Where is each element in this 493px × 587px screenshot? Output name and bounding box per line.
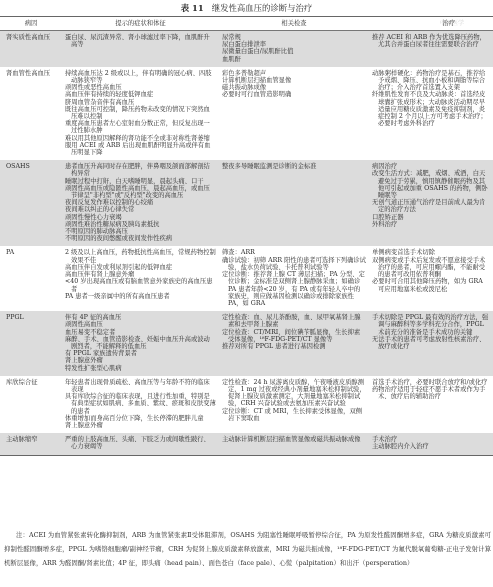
tests-item: 定性检查：24 h 尿游离皮质醇，午夜唾液皮质醇测定，1 mg 过夜或经典小剂量…	[222, 379, 366, 408]
column-header-cause: 病因	[0, 17, 62, 31]
tests-item: 整夜多导睡眠监测是诊断的金标准	[222, 163, 366, 170]
tests-item: 定性检查：血、尿儿茶酚胺，血、尿甲氧基肾上腺素和去甲肾上腺素	[222, 314, 366, 328]
column-header-tests: 相关检查	[219, 17, 369, 31]
tests-item: 尿微量白蛋白/尿肌酐比值	[222, 48, 366, 55]
symptoms-item: 夜间难以纠正的心律失常	[65, 206, 216, 213]
treatment-item: 纤维肌性发育不良及大动脉炎：首选经皮球囊扩张成形术；大动脉炎活动期尽早适量应用糖…	[372, 91, 490, 127]
cell-cause: PPGL	[0, 311, 62, 376]
symptoms-item: 重度高血压患者左心室射血分数正常，但反复出现一过性肺水肿	[65, 120, 216, 134]
tests-item: 定位检查：CT/MRI，间位碘苄胍显像，生长抑素受体显像，¹⁸F-FDG-PET…	[222, 329, 366, 343]
symptoms-item: 不明原因的夜间憋醒或夜间发作性疾病	[65, 235, 216, 242]
symptoms-item: 血压易变不稳定者	[65, 329, 216, 336]
cell-treatment: 手术切除是 PPGL 最有效的治疗方法，强调与麻醉科等多学科充分合作，PPGL …	[369, 311, 493, 376]
symptoms-item: 顽固性难治性糖尿病及胰岛素抵抗	[65, 221, 216, 228]
cell-treatment: 动脉粥样硬化：药物治疗是基石，推荐给予戒烟、降压、抗血小板和调脂等综合治疗；介入…	[369, 67, 493, 160]
table-row: OSAHS患者血压升高同时存在肥胖，伴鼻咽及颌面部解剖结构异常睡眠过程中打鼾，白…	[0, 160, 493, 246]
cell-tests: 主动脉计算机断层扫描血管显像或磁共振动脉成像	[219, 433, 369, 455]
table-number: 表 11	[181, 3, 204, 13]
cell-tests: 整夜多导睡眠监测是诊断的金标准	[219, 160, 369, 246]
tests-item: 筛查：ARR	[222, 249, 366, 256]
symptoms-item: 肾上腺意外瘤	[65, 357, 216, 364]
symptoms-item: 具有库欣综合征的临床表现，且进行性加重，特别是有典型症状如肌病、多血质、紫纹、瘀…	[65, 393, 216, 415]
tests-item: 推荐对所有 PPGL 患者进行基因检测	[222, 343, 366, 350]
tests-item: 定位诊断：推荐肾上腺 CT 薄层扫描；PA 分型、定位诊断；金标准是双侧肾上腺静…	[222, 271, 366, 307]
symptoms-item: 脐周血管杂音伴有高血压	[65, 99, 216, 106]
symptoms-item: 患者血压升高同时存在肥胖，伴鼻咽及颌面部解剖结构异常	[65, 163, 216, 177]
symptoms-item: 特发性扩张型心肌病	[65, 365, 216, 372]
treatment-item: 改变生活方式：减肥，戒烟、戒酒，白天避免过于劳累，慎用镇静催眠药物及其他可引起或…	[372, 170, 490, 199]
column-header-symptoms: 提示的症状和体征	[62, 17, 219, 31]
symptoms-item: 服用 ACEI 或 ARB 后出现血肌酐明显升高或伴有血压明显下降	[65, 142, 216, 156]
symptoms-item: <40 岁出现高血压或有脑血管意外家族史的高血压患者	[65, 278, 216, 292]
symptoms-item: 顽固性高血压	[65, 321, 216, 328]
cell-treatment: 推荐 ACEI 和 ARB 作为优选降压药物，尤其合并蛋白尿者往往需要联合治疗	[369, 31, 493, 67]
symptoms-item: 高血压伴自发或利尿剂引起的低钾血症	[65, 264, 216, 271]
cell-tests: 彩色多普勒超声计算机断层扫描血管显像磁共振动脉成像必要时可行血管造影明确	[219, 67, 369, 160]
table-header-row: 病因 提示的症状和体征 相关检查 治疗	[0, 17, 493, 31]
table-title: 表 11继发性高血压的诊断与治疗	[0, 2, 493, 14]
treatment-item: 手术切除是 PPGL 最有效的治疗方法，强调与麻醉科等多学科充分合作，PPGL …	[372, 314, 490, 336]
symptoms-item: 麻醉、手术、血管造影检查、妊娠中血压升高或波动剧烈者，不能解释的低血压	[65, 336, 216, 350]
symptoms-item: 蛋白尿、尿沉渣异常、肾小球滤过率下降，血肌酐升高等	[65, 34, 216, 48]
symptoms-item: 顽固性慢性心力衰竭	[65, 214, 216, 221]
cell-cause: 肾实质性高血压	[0, 31, 62, 67]
treatment-item: 主动脉腔内介入治疗	[372, 443, 490, 450]
cell-symptoms: 严重的上肢高血压、头痛、下肢乏力或间歇性跛行、心力衰竭等	[62, 433, 219, 455]
cell-symptoms: 2 级及以上高血压，药物抵抗性高血压，常规药物控制效果不佳高血压伴自发或利尿剂引…	[62, 246, 219, 311]
symptoms-item: PA 患者一级亲属中的所有高血压患者	[65, 293, 216, 300]
table-row: 肾实质性高血压蛋白尿、尿沉渣异常、肾小球滤过率下降，血肌酐升高等尿常规尿白蛋白排…	[0, 31, 493, 67]
table-row: 库欣综合征年轻患者出现骨质疏松、高血压等与年龄不符的临床表现具有库欣综合征的临床…	[0, 376, 493, 433]
cell-symptoms: 伴有 4P 征的高血压顽固性高血压血压易变不稳定者麻醉、手术、血管造影检查、妊娠…	[62, 311, 219, 376]
cell-cause: OSAHS	[0, 160, 62, 246]
tests-item: 确诊试验：初筛 ARR 阳性的患者可选择下列确诊试验，盐水负荷试验、卡托普利试验…	[222, 257, 366, 271]
tests-item: 必要时可行血管造影明确	[222, 91, 366, 98]
cell-tests: 尿常规尿白蛋白排泄率尿微量白蛋白/尿肌酐比值血肌酐	[219, 31, 369, 67]
symptoms-item: 顽固性高血压或隐匿性高血压，晨起高血压，或血压节律呈"非杓型"或"反杓型"改变的…	[65, 185, 216, 199]
table-row: PA2 级及以上高血压，药物抵抗性高血压，常规药物控制效果不佳高血压伴自发或利尿…	[0, 246, 493, 311]
cell-cause: 主动脉缩窄	[0, 433, 62, 455]
cell-treatment: 单侧病变首选手术切除双侧病变或手术后复发或不愿意接受手术治疗的患者，可应用螺内酯…	[369, 246, 493, 311]
symptoms-item: 严重的上肢高血压、头痛、下肢乏力或间歇性跛行、心力衰竭等	[65, 436, 216, 450]
tests-item: 彩色多普勒超声	[222, 70, 366, 77]
cell-symptoms: 患者血压升高同时存在肥胖，伴鼻咽及颌面部解剖结构异常睡眠过程中打鼾，白天嗜睡明显…	[62, 160, 219, 246]
cell-cause: 库欣综合征	[0, 376, 62, 433]
table-row: PPGL伴有 4P 征的高血压顽固性高血压血压易变不稳定者麻醉、手术、血管造影检…	[0, 311, 493, 376]
cell-treatment: 首选手术治疗，必要时联合放疗和/或化疗药物治疗适用于轻症不愿手术者或作为手术、放…	[369, 376, 493, 433]
symptoms-item: 既往高血压可控制，降压药物未改变的情况下突然血压难以控制	[65, 106, 216, 120]
symptoms-item: 高血压伴有持续的轻度低钾血症	[65, 91, 216, 98]
symptoms-item: 持续高血压达 2 级或以上，伴有明确的冠心病、四肢动脉狭窄等	[65, 70, 216, 84]
cell-tests: 定性检查：24 h 尿游离皮质醇，午夜唾液皮质醇测定，1 mg 过夜或经典小剂量…	[219, 376, 369, 433]
cell-tests: 定性检查：血、尿儿茶酚胺，血、尿甲氧基肾上腺素和去甲肾上腺素定位检查：CT/MR…	[219, 311, 369, 376]
treatment-item: 口腔矫正器	[372, 214, 490, 221]
table-footnote: 注：ACEI 为血管紧张素转化酶抑制剂，ARB 为血管紧张素Ⅱ受体阻滞剂，OSA…	[4, 528, 491, 570]
treatment-item: 动脉粥样硬化：药物治疗是基石，推荐给予戒烟、降压、抗血小板和调脂等综合治疗；介入…	[372, 70, 490, 92]
cell-treatment: 病因治疗改变生活方式：减肥，戒烟、戒酒，白天避免过于劳累，慎用镇静催眠药物及其他…	[369, 160, 493, 246]
cell-cause: 肾血管性高血压	[0, 67, 62, 160]
symptoms-item: 难以用其他原因解释的肾功能不全或非对称性肾萎缩	[65, 135, 216, 142]
symptoms-item: 睡眠过程中打鼾，白天嗜睡明显，晨起头痛、口干	[65, 178, 216, 185]
cell-treatment: 手术治疗主动脉腔内介入治疗	[369, 433, 493, 455]
column-header-treatment: 治疗	[369, 17, 493, 31]
treatment-item: 单侧病变首选手术切除	[372, 249, 490, 256]
treatment-item: 推荐 ACEI 和 ARB 作为优选降压药物，尤其合并蛋白尿者往往需要联合治疗	[372, 34, 490, 48]
tests-item: 血肌酐	[222, 56, 366, 63]
cell-cause: PA	[0, 246, 62, 311]
treatment-item: 外科治疗	[372, 221, 490, 228]
table-row: 主动脉缩窄严重的上肢高血压、头痛、下肢乏力或间歇性跛行、心力衰竭等主动脉计算机断…	[0, 433, 493, 455]
treatment-item: 必要时可合用其他降压药物，如为 GRA 可应用地塞米松或泼尼松	[372, 278, 490, 292]
treatment-item: 双侧病变或手术后复发或不愿意接受手术治疗的患者，可应用螺内酯，不能耐受的患者可改…	[372, 257, 490, 279]
table-caption: 继发性高血压的诊断与治疗	[212, 3, 313, 13]
treatment-item: 无法手术的患者可考虑放射性核素治疗、放疗或化疗	[372, 336, 490, 350]
treatment-item: 首选手术治疗，必要时联合放疗和/或化疗	[372, 379, 490, 386]
cell-symptoms: 持续高血压达 2 级或以上，伴有明确的冠心病、四肢动脉狭窄等顽固性或恶性高血压高…	[62, 67, 219, 160]
symptoms-item: 体重增加而身高百分位下降，生长停滞的肥胖儿童	[65, 415, 216, 422]
cell-symptoms: 蛋白尿、尿沉渣异常、肾小球滤过率下降，血肌酐升高等	[62, 31, 219, 67]
tests-item: 定位诊断：CT 或 MRI，生长抑素受体显像，双侧岩下窦取血	[222, 408, 366, 422]
cell-symptoms: 年轻患者出现骨质疏松、高血压等与年龄不符的临床表现具有库欣综合征的临床表现，且进…	[62, 376, 219, 433]
treatment-item: 药物治疗适用于轻症不愿手术者或作为手术、放疗后的辅助治疗	[372, 386, 490, 400]
symptoms-item: 年轻患者出现骨质疏松、高血压等与年龄不符的临床表现	[65, 379, 216, 393]
tests-item: 主动脉计算机断层扫描血管显像或磁共振动脉成像	[222, 436, 366, 443]
treatment-item: 无创气道正压通气治疗是目前成人最为肯定的治疗方法	[372, 199, 490, 213]
secondary-hypertension-table: 病因 提示的症状和体征 相关检查 治疗 肾实质性高血压蛋白尿、尿沉渣异常、肾小球…	[0, 16, 493, 456]
symptoms-item: 肾上腺意外瘤	[65, 422, 216, 429]
table-row: 肾血管性高血压持续高血压达 2 级或以上，伴有明确的冠心病、四肢动脉狭窄等顽固性…	[0, 67, 493, 160]
cell-tests: 筛查：ARR确诊试验：初筛 ARR 阳性的患者可选择下列确诊试验，盐水负荷试验、…	[219, 246, 369, 311]
symptoms-item: 2 级及以上高血压，药物抵抗性高血压，常规药物控制效果不佳	[65, 249, 216, 263]
